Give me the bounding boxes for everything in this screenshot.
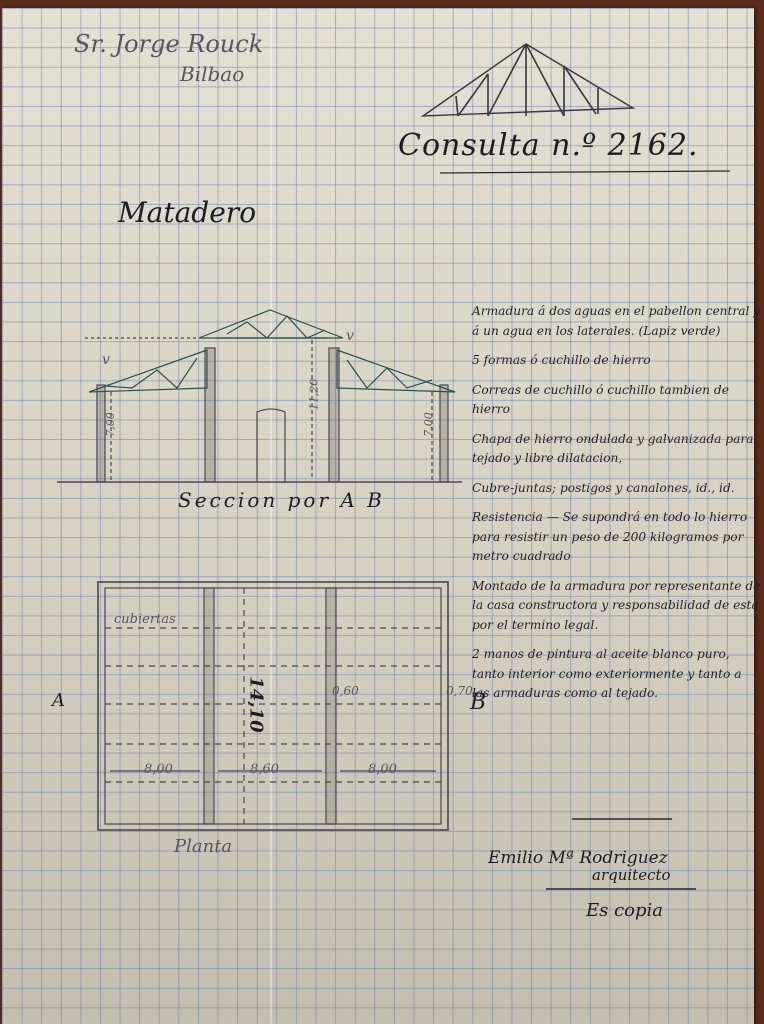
section-drawing bbox=[57, 300, 467, 490]
fold-line bbox=[270, 8, 272, 1024]
dim-center-height: 11,20 bbox=[307, 379, 320, 411]
flourish-line bbox=[572, 816, 682, 822]
truss-sketch-icon bbox=[418, 36, 638, 116]
note-7: Montado de la armadura por representante… bbox=[472, 577, 762, 636]
copy-note: Es copia bbox=[586, 900, 663, 921]
address-city: Bilbao bbox=[180, 62, 244, 86]
dim-bay-left: 8,00 bbox=[144, 762, 173, 777]
note-8: 2 manos de pintura al aceite blanco puro… bbox=[472, 645, 762, 704]
underline bbox=[440, 170, 740, 176]
dim-plan-length: 14,10 bbox=[246, 676, 267, 732]
note-3: Correas de cuchillo ó cuchillo tambien d… bbox=[472, 381, 762, 420]
signature-name: Emilio Mª Rodriguez bbox=[488, 848, 668, 868]
dim-bay-right: 8,00 bbox=[368, 762, 397, 777]
section-mark-left: v bbox=[102, 352, 110, 368]
dim-left-height: 7,00 bbox=[104, 412, 117, 437]
label-cubiertas: cubiertas bbox=[114, 612, 176, 627]
dim-bay-center: 8,60 bbox=[250, 762, 279, 777]
plan-caption: Planta bbox=[174, 836, 232, 857]
document-title: Matadero bbox=[118, 196, 256, 229]
point-a: A bbox=[52, 690, 65, 711]
note-2: 5 formas ó cuchillo de hierro bbox=[472, 351, 762, 371]
specification-notes: Armadura á dos aguas en el pabellon cent… bbox=[472, 302, 762, 714]
section-caption: Seccion por A B bbox=[178, 488, 385, 512]
note-6: Resistencia — Se supondrá en todo lo hie… bbox=[472, 508, 762, 567]
dim-right-height: 7,00 bbox=[422, 412, 435, 437]
note-4: Chapa de hierro ondulada y galvanizada p… bbox=[472, 430, 762, 469]
grid-paper-sheet: Sr. Jorge Rouck Bilbao Consulta n.º 2162… bbox=[2, 8, 754, 1024]
address-name: Sr. Jorge Rouck bbox=[74, 30, 263, 58]
consulta-number: Consulta n.º 2162. bbox=[398, 128, 699, 163]
note-1: Armadura á dos aguas en el pabellon cent… bbox=[472, 302, 762, 341]
dim-wall-inner: 0,60 bbox=[332, 684, 359, 698]
dim-wall-outer: 0,70 bbox=[446, 684, 473, 698]
signature-role: arquitecto bbox=[592, 866, 671, 884]
signature-underline bbox=[546, 886, 706, 892]
section-mark-right: v bbox=[346, 328, 354, 344]
note-5: Cubre-juntas; postigos y canalones, id.,… bbox=[472, 479, 762, 499]
